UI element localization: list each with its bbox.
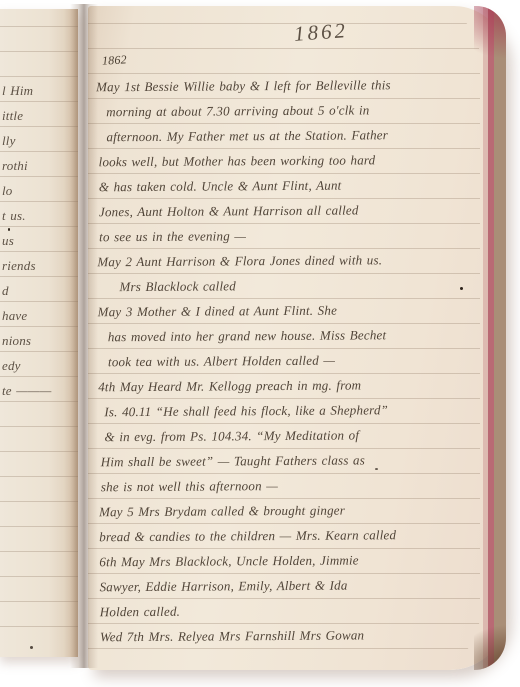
diary-entries: May 1st Bessie Willie baby & I left for … bbox=[96, 72, 474, 650]
diary-line: May 1st Bessie Willie baby & I left for … bbox=[96, 72, 470, 100]
diary-line: afternoon. My Father met us at the Stati… bbox=[96, 122, 470, 150]
diary-line: morning at about 7.30 arriving about 5 o… bbox=[96, 97, 470, 125]
diary-line: Mrs Blacklock called bbox=[97, 272, 471, 300]
clipped-word-fragment: have bbox=[2, 303, 74, 328]
diary-line: has moved into her grand new house. Miss… bbox=[98, 322, 472, 350]
diary-line: & in evg. from Ps. 104.34. “My Meditatio… bbox=[98, 422, 472, 450]
clipped-word-fragment: t us. bbox=[2, 203, 74, 228]
diary-line: Wed 7th Mrs. Relyea Mrs Farnshill Mrs Go… bbox=[100, 622, 474, 650]
diary-line: bread & candies to the children — Mrs. K… bbox=[99, 522, 473, 550]
clipped-word-fragment: rothi bbox=[2, 153, 74, 178]
clipped-word-fragment: te ——— bbox=[2, 378, 74, 403]
diary-line: Him shall be sweet” — Taught Fathers cla… bbox=[99, 447, 473, 475]
ink-speck bbox=[8, 228, 10, 231]
year-label: 1862 bbox=[102, 52, 128, 68]
diary-line: 4th May Heard Mr. Kellogg preach in mg. … bbox=[98, 372, 472, 400]
diary-line: Holden called. bbox=[100, 597, 474, 625]
clipped-word-fragment: edy bbox=[2, 353, 74, 378]
diary-page: 1862 1862 May 1st Bessie Willie baby & I… bbox=[88, 6, 506, 670]
clipped-word-fragment: nions bbox=[2, 328, 74, 353]
clipped-word-fragment: d bbox=[2, 278, 74, 303]
diary-line: 6th May Mrs Blacklock, Uncle Holden, Jim… bbox=[99, 547, 473, 575]
clipped-word-fragment: lly bbox=[2, 128, 74, 153]
clipped-word-fragment: us bbox=[2, 228, 74, 253]
diary-line: May 3 Mother & I dined at Aunt Flint. Sh… bbox=[98, 297, 472, 325]
diary-line: she is not well this afternoon — bbox=[99, 472, 473, 500]
clipped-word-fragment: ittle bbox=[2, 103, 74, 128]
clipped-word-fragment: l Him bbox=[2, 78, 74, 103]
ink-speck bbox=[460, 287, 463, 290]
diary-line: looks well, but Mother has been working … bbox=[97, 147, 471, 175]
left-page-text-fragments: l Himittlellyrothilot us.usriendsdhaveni… bbox=[2, 78, 74, 403]
ink-speck bbox=[30, 646, 33, 649]
clipped-word-fragment: lo bbox=[2, 178, 74, 203]
diary-line: Jones, Aunt Holton & Aunt Harrison all c… bbox=[97, 197, 471, 225]
diary-line: Sawyer, Eddie Harrison, Emily, Albert & … bbox=[99, 572, 473, 600]
diary-line: Is. 40.11 “He shall feed his flock, like… bbox=[98, 397, 472, 425]
marbled-fore-edge bbox=[474, 6, 506, 670]
left-page-edge: l Himittlellyrothilot us.usriendsdhaveni… bbox=[0, 9, 78, 657]
diary-line: took tea with us. Albert Holden called — bbox=[98, 347, 472, 375]
diary-line: May 2 Aunt Harrison & Flora Jones dined … bbox=[97, 247, 471, 275]
clipped-word-fragment: riends bbox=[2, 253, 74, 278]
ink-speck bbox=[375, 468, 378, 470]
diary-line: to see us in the evening — bbox=[97, 222, 471, 250]
diary-line: May 5 Mrs Brydam called & brought ginger bbox=[99, 497, 473, 525]
diary-line: & has taken cold. Uncle & Aunt Flint, Au… bbox=[97, 172, 471, 200]
